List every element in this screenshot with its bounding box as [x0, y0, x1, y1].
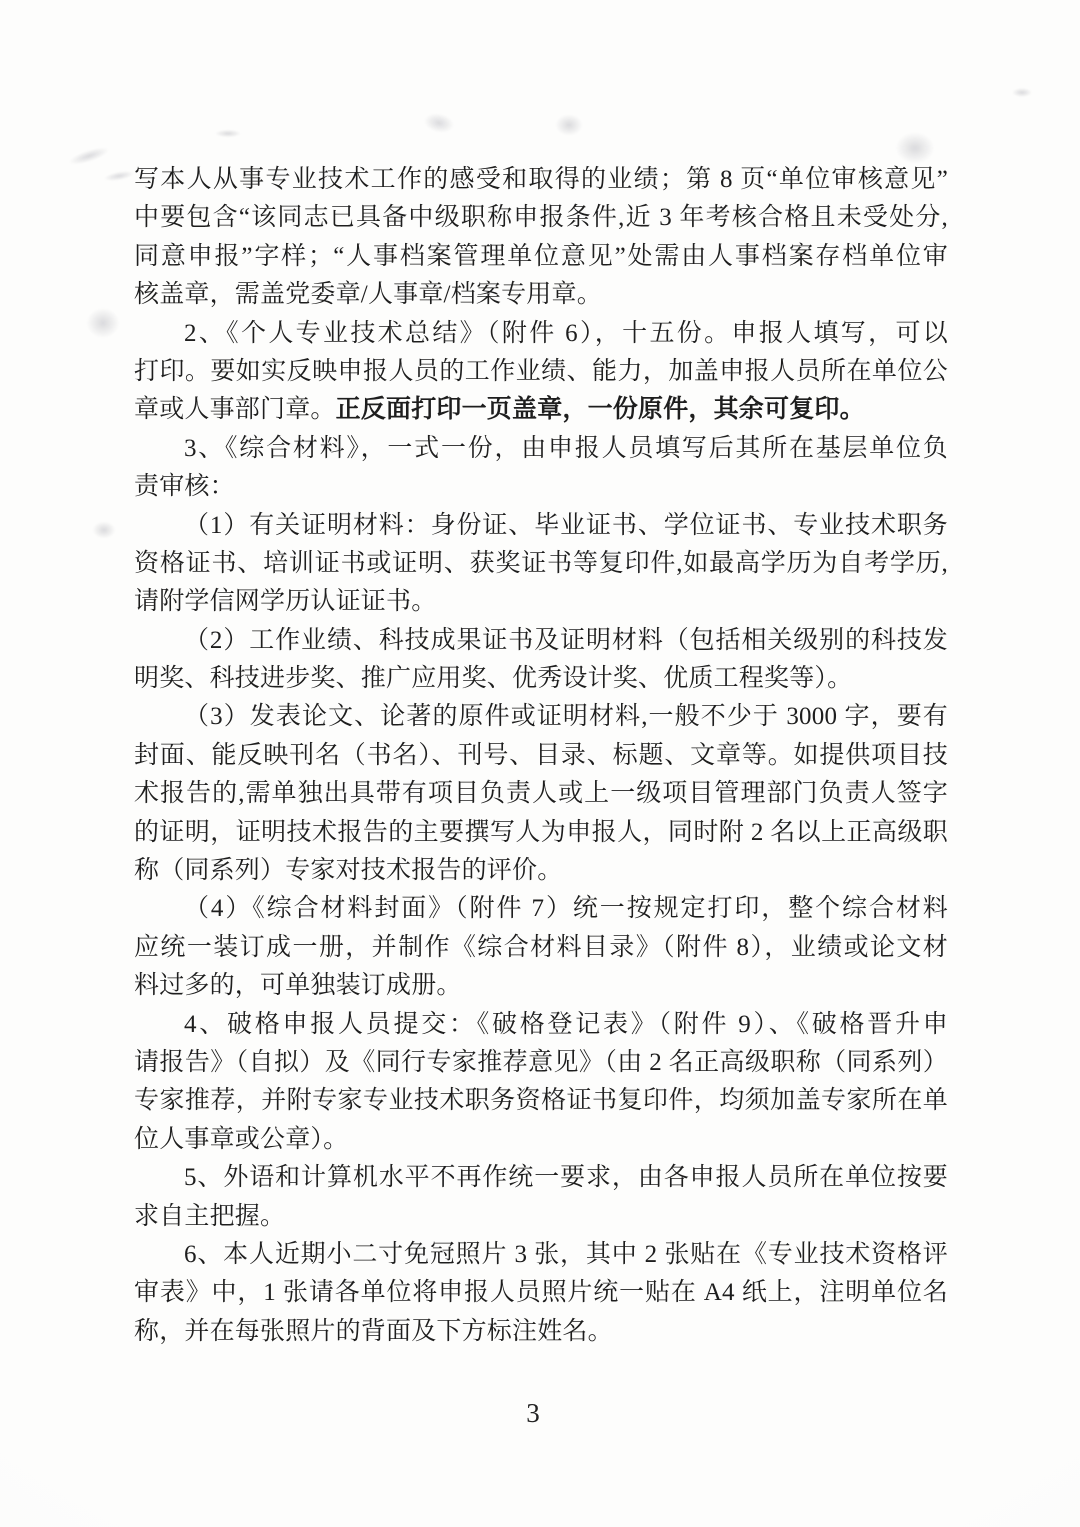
text-segment: 责审核：	[134, 473, 235, 500]
text-line: 求自主把握。	[134, 1198, 948, 1236]
text-line: 3、《综合材料》，一式一份，由申报人员填写后其所在基层单位负	[134, 430, 948, 468]
text-segment: 称，并在每张照片的背面及下方标注姓名。	[134, 1318, 613, 1345]
text-segment: 同意申报”字样；“人事档案管理单位意见”处需由人事档案存档单位审	[134, 243, 948, 270]
text-line: 同意申报”字样；“人事档案管理单位意见”处需由人事档案存档单位审	[134, 238, 948, 276]
text-segment: 应统一装订成一册，并制作《综合材料目录》（附件 8），业绩或论文材	[134, 934, 948, 961]
text-line: （2）工作业绩、科技成果证书及证明材料（包括相关级别的科技发	[134, 622, 948, 660]
text-segment: 资格证书、培训证书或证明、获奖证书等复印件,如最高学历为自考学历,	[134, 550, 948, 577]
text-segment: 打印。要如实反映申报人员的工作业绩、能力，加盖申报人员所在单位公	[134, 358, 948, 385]
text-segment: 3、《综合材料》，一式一份，由申报人员填写后其所在基层单位负	[184, 435, 948, 462]
text-line: （1）有关证明材料：身份证、毕业证书、学位证书、专业技术职务	[134, 507, 948, 545]
text-line: 请报告》（自拟）及《同行专家推荐意见》（由 2 名正高级职称（同系列）	[134, 1044, 948, 1082]
scanned-document-page: 写本人从事专业技术工作的感受和取得的业绩；第 8 页“单位审核意见”中要包含“该…	[0, 0, 1080, 1527]
text-segment: 2、《个人专业技术总结》（附件 6），十五份。申报人填写，可以	[184, 320, 948, 347]
text-line: 4、破格申报人员提交：《破格登记表》（附件 9）、《破格晋升申	[134, 1006, 948, 1044]
scan-artifact	[210, 128, 246, 139]
text-segment: 明奖、科技进步奖、推广应用奖、优秀设计奖、优质工程奖等）。	[134, 665, 852, 692]
text-line: 应统一装订成一册，并制作《综合材料目录》（附件 8），业绩或论文材	[134, 929, 948, 967]
text-line: 章或人事部门章。正反面打印一页盖章，一份原件，其余可复印。	[134, 391, 948, 429]
scan-artifact	[59, 139, 119, 172]
text-segment: 6、本人近期小二寸免冠照片 3 张，其中 2 张贴在《专业技术资格评	[184, 1241, 948, 1268]
text-line: 审表》中，1 张请各单位将申报人员照片统一贴在 A4 纸上，注明单位名	[134, 1274, 948, 1312]
text-segment: 封面、能反映刊名（书名）、刊号、目录、标题、文章等。如提供项目技	[134, 742, 948, 769]
text-line: 6、本人近期小二寸免冠照片 3 张，其中 2 张贴在《专业技术资格评	[134, 1236, 948, 1274]
text-segment: 写本人从事专业技术工作的感受和取得的业绩；第 8 页“单位审核意见”	[134, 166, 948, 193]
text-line: 称，并在每张照片的背面及下方标注姓名。	[134, 1313, 948, 1351]
scan-artifact	[1008, 86, 1036, 99]
text-segment: 章或人事部门章。	[134, 396, 336, 423]
text-segment: 术报告的,需单独出具带有项目负责人或上一级项目管理部门负责人签字	[134, 780, 948, 807]
text-segment: （3）发表论文、论著的原件或证明材料,一般不少于 3000 字，要有	[184, 703, 948, 730]
text-segment: 求自主把握。	[134, 1203, 285, 1230]
text-segment: 专家推荐，并附专家专业技术职务资格证书复印件，均须加盖专家所在单	[134, 1087, 948, 1114]
text-line: （3）发表论文、论著的原件或证明材料,一般不少于 3000 字，要有	[134, 698, 948, 736]
text-segment: 的证明，证明技术报告的主要撰写人为申报人，同时附 2 名以上正高级职	[134, 819, 948, 846]
text-line: 料过多的，可单独装订成册。	[134, 967, 948, 1005]
text-line: 中要包含“该同志已具备中级职称申报条件,近 3 年考核合格且未受处分,	[134, 199, 948, 237]
text-segment: 料过多的，可单独装订成册。	[134, 972, 462, 999]
text-segment: 中要包含“该同志已具备中级职称申报条件,近 3 年考核合格且未受处分,	[134, 204, 948, 231]
scan-artifact	[550, 110, 588, 140]
text-segment: （4）《综合材料封面》（附件 7）统一按规定打印，整个综合材料	[184, 895, 948, 922]
text-segment: 核盖章，需盖党委章/人事章/档案专用章。	[134, 281, 602, 308]
scan-artifact	[416, 106, 462, 140]
text-segment: （1）有关证明材料：身份证、毕业证书、学位证书、专业技术职务	[184, 512, 948, 539]
text-line: 责审核：	[134, 468, 948, 506]
text-line: （4）《综合材料封面》（附件 7）统一按规定打印，整个综合材料	[134, 890, 948, 928]
scan-artifact	[80, 302, 126, 344]
text-segment: 请附学信网学历认证证书。	[134, 588, 436, 615]
text-segment: （2）工作业绩、科技成果证书及证明材料（包括相关级别的科技发	[184, 627, 948, 654]
text-segment: 位人事章或公章）。	[134, 1126, 348, 1153]
text-segment: 请报告》（自拟）及《同行专家推荐意见》（由 2 名正高级职称（同系列）	[134, 1049, 948, 1076]
text-line: 术报告的,需单独出具带有项目负责人或上一级项目管理部门负责人签字	[134, 775, 948, 813]
page-number: 3	[0, 1398, 1066, 1429]
text-line: 写本人从事专业技术工作的感受和取得的业绩；第 8 页“单位审核意见”	[134, 161, 948, 199]
text-line: 封面、能反映刊名（书名）、刊号、目录、标题、文章等。如提供项目技	[134, 737, 948, 775]
text-segment: 4、破格申报人员提交：《破格登记表》（附件 9）、《破格晋升申	[184, 1011, 948, 1038]
text-segment: 5、外语和计算机水平不再作统一要求，由各申报人员所在单位按要	[184, 1164, 948, 1191]
scan-artifact	[88, 518, 120, 542]
text-line: 明奖、科技进步奖、推广应用奖、优秀设计奖、优质工程奖等）。	[134, 660, 948, 698]
text-line: 核盖章，需盖党委章/人事章/档案专用章。	[134, 276, 948, 314]
text-line: 5、外语和计算机水平不再作统一要求，由各申报人员所在单位按要	[134, 1159, 948, 1197]
text-line: 请附学信网学历认证证书。	[134, 583, 948, 621]
text-line: 称（同系列）专家对技术报告的评价。	[134, 852, 948, 890]
text-line: 2、《个人专业技术总结》（附件 6），十五份。申报人填写，可以	[134, 315, 948, 353]
text-segment: 称（同系列）专家对技术报告的评价。	[134, 857, 562, 884]
document-body: 写本人从事专业技术工作的感受和取得的业绩；第 8 页“单位审核意见”中要包含“该…	[134, 161, 948, 1351]
text-line: 的证明，证明技术报告的主要撰写人为申报人，同时附 2 名以上正高级职	[134, 814, 948, 852]
text-line: 位人事章或公章）。	[134, 1121, 948, 1159]
bold-text-segment: 正反面打印一页盖章，一份原件，其余可复印。	[336, 396, 865, 423]
text-line: 打印。要如实反映申报人员的工作业绩、能力，加盖申报人员所在单位公	[134, 353, 948, 391]
text-segment: 审表》中，1 张请各单位将申报人员照片统一贴在 A4 纸上，注明单位名	[134, 1279, 948, 1306]
text-line: 专家推荐，并附专家专业技术职务资格证书复印件，均须加盖专家所在单	[134, 1082, 948, 1120]
text-line: 资格证书、培训证书或证明、获奖证书等复印件,如最高学历为自考学历,	[134, 545, 948, 583]
